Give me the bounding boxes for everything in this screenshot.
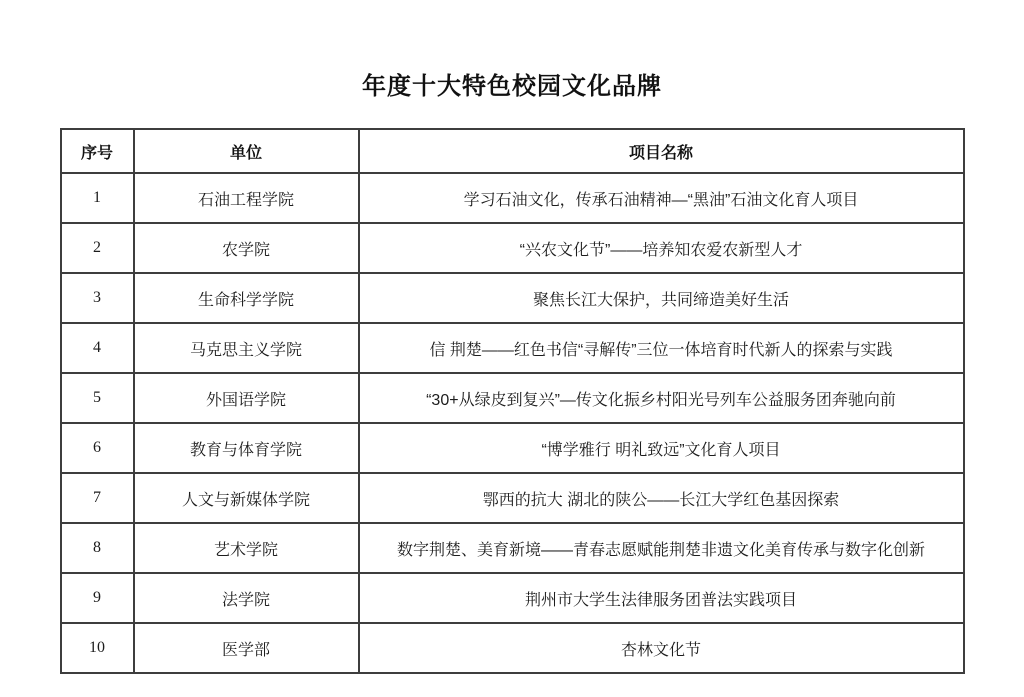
seq-cell: 5 [61,373,134,423]
seq-cell: 4 [61,323,134,373]
seq-cell: 10 [61,623,134,673]
table-row: 6 教育与体育学院 “博学雅行 明礼致远”文化育人项目 [61,423,964,473]
unit-cell: 生命科学学院 [134,273,359,323]
seq-cell: 7 [61,473,134,523]
project-cell: 杏林文化节 [359,623,964,673]
seq-cell: 8 [61,523,134,573]
table-row: 4 马克思主义学院 信 荆楚——红色书信“寻解传”三位一体培育时代新人的探索与实… [61,323,964,373]
seq-cell: 2 [61,223,134,273]
unit-cell: 农学院 [134,223,359,273]
unit-cell: 教育与体育学院 [134,423,359,473]
project-cell: 数字荆楚、美育新境——青春志愿赋能荆楚非遗文化美育传承与数字化创新 [359,523,964,573]
project-cell: 信 荆楚——红色书信“寻解传”三位一体培育时代新人的探索与实践 [359,323,964,373]
table-row: 7 人文与新媒体学院 鄂西的抗大 湖北的陕公——长江大学红色基因探索 [61,473,964,523]
unit-cell: 医学部 [134,623,359,673]
brands-table: 序号 单位 项目名称 1 石油工程学院 学习石油文化，传承石油精神—“黑油”石油… [60,128,965,674]
unit-cell: 艺术学院 [134,523,359,573]
seq-cell: 3 [61,273,134,323]
table-row: 3 生命科学学院 聚焦长江大保护，共同缔造美好生活 [61,273,964,323]
header-project: 项目名称 [359,129,964,173]
table-header-row: 序号 单位 项目名称 [61,129,964,173]
table-row: 8 艺术学院 数字荆楚、美育新境——青春志愿赋能荆楚非遗文化美育传承与数字化创新 [61,523,964,573]
seq-cell: 1 [61,173,134,223]
header-unit: 单位 [134,129,359,173]
seq-cell: 6 [61,423,134,473]
project-cell: 鄂西的抗大 湖北的陕公——长江大学红色基因探索 [359,473,964,523]
unit-cell: 马克思主义学院 [134,323,359,373]
project-cell: “兴农文化节”——培养知农爱农新型人才 [359,223,964,273]
project-cell: 荆州市大学生法律服务团普法实践项目 [359,573,964,623]
table-row: 9 法学院 荆州市大学生法律服务团普法实践项目 [61,573,964,623]
project-cell: “博学雅行 明礼致远”文化育人项目 [359,423,964,473]
table-row: 10 医学部 杏林文化节 [61,623,964,673]
unit-cell: 外国语学院 [134,373,359,423]
document-page: 年度十大特色校园文化品牌 序号 单位 项目名称 1 石油工程学院 学习石油文化，… [0,0,1024,697]
seq-cell: 9 [61,573,134,623]
table-row: 1 石油工程学院 学习石油文化，传承石油精神—“黑油”石油文化育人项目 [61,173,964,223]
project-cell: “30+从绿皮到复兴”—传文化振乡村阳光号列车公益服务团奔驰向前 [359,373,964,423]
project-cell: 聚焦长江大保护，共同缔造美好生活 [359,273,964,323]
unit-cell: 法学院 [134,573,359,623]
header-seq: 序号 [61,129,134,173]
page-title: 年度十大特色校园文化品牌 [0,0,1024,100]
unit-cell: 石油工程学院 [134,173,359,223]
table-row: 2 农学院 “兴农文化节”——培养知农爱农新型人才 [61,223,964,273]
project-cell: 学习石油文化，传承石油精神—“黑油”石油文化育人项目 [359,173,964,223]
unit-cell: 人文与新媒体学院 [134,473,359,523]
table-row: 5 外国语学院 “30+从绿皮到复兴”—传文化振乡村阳光号列车公益服务团奔驰向前 [61,373,964,423]
